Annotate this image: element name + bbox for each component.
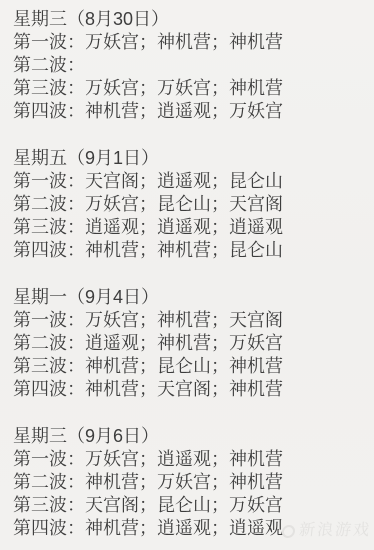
wave-value: 万妖宫；神机营；神机营 — [85, 32, 283, 52]
wave-label: 第三波： — [13, 78, 85, 98]
wave-line: 第三波：神机营；昆仑山；神机营 — [13, 355, 366, 378]
wave-value: 逍遥观；神机营；万妖宫 — [85, 333, 283, 353]
wave-label: 第三波： — [13, 495, 85, 515]
wave-label: 第四波： — [13, 101, 85, 121]
wave-line: 第四波：神机营；天宫阁；神机营 — [13, 378, 366, 401]
wave-label: 第二波： — [13, 55, 85, 75]
wave-line: 第二波： — [13, 54, 366, 77]
wave-line: 第二波：神机营；万妖宫；神机营 — [13, 471, 366, 494]
wave-schedule-document: 星期三（8月30日） 第一波：万妖宫；神机营；神机营 第二波： 第三波：万妖宫；… — [0, 0, 374, 540]
wave-label: 第一波： — [13, 171, 85, 191]
wave-line: 第三波：逍遥观；逍遥观；逍遥观 — [13, 216, 366, 239]
day-heading: 星期五（9月1日） — [13, 147, 366, 170]
wave-line: 第四波：神机营；逍遥观；万妖宫 — [13, 100, 366, 123]
wave-line: 第一波：万妖宫；神机营；神机营 — [13, 31, 366, 54]
watermark-logo-icon — [281, 525, 295, 538]
wave-value: 万妖宫；万妖宫；神机营 — [85, 78, 283, 98]
wave-line: 第四波：神机营；神机营；昆仑山 — [13, 239, 366, 262]
wave-value: 天宫阁；昆仑山；万妖宫 — [85, 495, 283, 515]
wave-value: 万妖宫；逍遥观；神机营 — [85, 449, 283, 469]
wave-value: 神机营；逍遥观；万妖宫 — [85, 101, 283, 121]
schedule-section: 星期五（9月1日） 第一波：天宫阁；逍遥观；昆仑山 第二波：万妖宫；昆仑山；天宫… — [13, 147, 366, 262]
wave-label: 第二波： — [13, 194, 85, 214]
wave-label: 第四波： — [13, 240, 85, 260]
schedule-section: 星期一（9月4日） 第一波：万妖宫；神机营；天宫阁 第二波：逍遥观；神机营；万妖… — [13, 286, 366, 401]
wave-line: 第一波：万妖宫；逍遥观；神机营 — [13, 448, 366, 471]
wave-value: 神机营；神机营；昆仑山 — [85, 240, 283, 260]
day-heading: 星期三（8月30日） — [13, 8, 366, 31]
watermark: 新浪游戏 — [281, 522, 372, 540]
wave-line: 第一波：万妖宫；神机营；天宫阁 — [13, 309, 366, 332]
wave-line: 第三波：天宫阁；昆仑山；万妖宫 — [13, 494, 366, 517]
wave-value: 神机营；万妖宫；神机营 — [85, 472, 283, 492]
wave-value: 万妖宫；神机营；天宫阁 — [85, 310, 283, 330]
wave-label: 第一波： — [13, 310, 85, 330]
schedule-section: 星期三（8月30日） 第一波：万妖宫；神机营；神机营 第二波： 第三波：万妖宫；… — [13, 8, 366, 123]
wave-line: 第二波：逍遥观；神机营；万妖宫 — [13, 332, 366, 355]
wave-label: 第四波： — [13, 379, 85, 399]
wave-label: 第三波： — [13, 217, 85, 237]
wave-line: 第三波：万妖宫；万妖宫；神机营 — [13, 77, 366, 100]
watermark-text: 新浪游戏 — [298, 522, 372, 540]
day-heading: 星期一（9月4日） — [13, 286, 366, 309]
wave-value: 万妖宫；昆仑山；天宫阁 — [85, 194, 283, 214]
wave-value: 神机营；昆仑山；神机营 — [85, 356, 283, 376]
wave-value: 神机营；逍遥观；逍遥观 — [85, 518, 283, 538]
wave-label: 第四波： — [13, 518, 85, 538]
wave-label: 第一波： — [13, 32, 85, 52]
wave-label: 第三波： — [13, 356, 85, 376]
wave-label: 第一波： — [13, 449, 85, 469]
wave-value: 天宫阁；逍遥观；昆仑山 — [85, 171, 283, 191]
wave-value: 神机营；天宫阁；神机营 — [85, 379, 283, 399]
wave-label: 第二波： — [13, 472, 85, 492]
day-heading: 星期三（9月6日） — [13, 425, 366, 448]
wave-line: 第一波：天宫阁；逍遥观；昆仑山 — [13, 170, 366, 193]
wave-line: 第二波：万妖宫；昆仑山；天宫阁 — [13, 193, 366, 216]
wave-label: 第二波： — [13, 333, 85, 353]
wave-value: 逍遥观；逍遥观；逍遥观 — [85, 217, 283, 237]
